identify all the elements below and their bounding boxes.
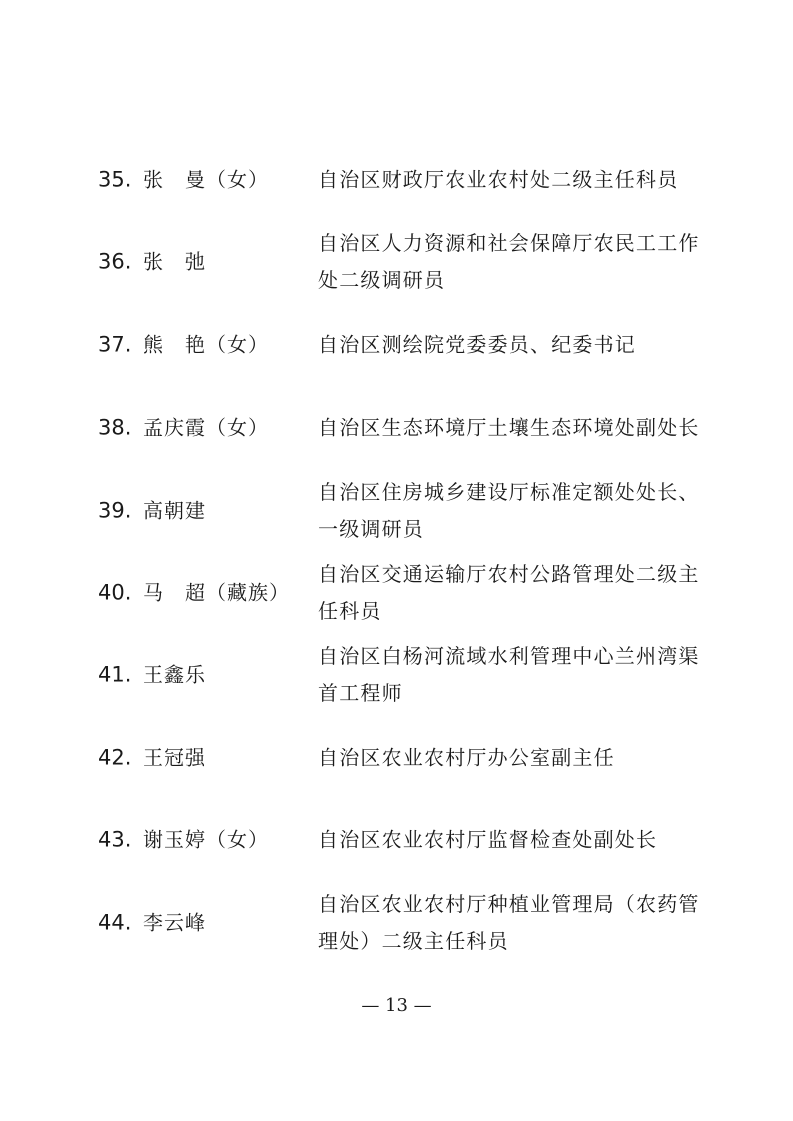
entry-number: 42.: [98, 748, 131, 769]
entry-title: 自治区测绘院党委委员、纪委书记: [318, 327, 718, 364]
entry-title: 自治区白杨河流域水利管理中心兰州湾渠首工程师: [318, 638, 718, 712]
entry-name: 李云峰: [143, 913, 206, 934]
entry-title: 自治区农业农村厅办公室副主任: [318, 740, 718, 777]
entry-number: 37.: [98, 335, 131, 356]
entry-number: 39.: [98, 501, 131, 522]
entry-number: 40.: [98, 583, 131, 604]
entry-name: 张 曼（女）: [143, 170, 269, 191]
entry-title: 自治区生态环境厅土壤生态环境处副处长: [318, 410, 718, 447]
entry-name: 王鑫乐: [143, 665, 206, 686]
entry-name: 王冠强: [143, 748, 206, 769]
entry-title: 自治区交通运输厅农村公路管理处二级主任科员: [318, 556, 718, 630]
entry-name: 熊 艳（女）: [143, 335, 269, 356]
entry-number: 38.: [98, 418, 131, 439]
entry-number: 36.: [98, 252, 131, 273]
entry-title: 自治区农业农村厅种植业管理局（农药管理处）二级主任科员: [318, 886, 718, 960]
entry-number: 43.: [98, 830, 131, 851]
entry-name: 张 弛: [143, 252, 206, 273]
entry-number: 35.: [98, 170, 131, 191]
entry-name: 孟庆霞（女）: [143, 418, 269, 439]
page-number: — 13 —: [0, 995, 793, 1016]
entry-title: 自治区财政厅农业农村处二级主任科员: [318, 162, 718, 199]
entry-title: 自治区住房城乡建设厅标准定额处处长、一级调研员: [318, 474, 718, 548]
entry-title: 自治区农业农村厅监督检查处副处长: [318, 822, 718, 859]
entry-title: 自治区人力资源和社会保障厅农民工工作处二级调研员: [318, 225, 718, 299]
entry-number: 41.: [98, 665, 131, 686]
entry-name: 高朝建: [143, 501, 206, 522]
entry-name: 马 超（藏族）: [143, 583, 290, 604]
entry-name: 谢玉婷（女）: [143, 830, 269, 851]
entry-number: 44.: [98, 913, 131, 934]
